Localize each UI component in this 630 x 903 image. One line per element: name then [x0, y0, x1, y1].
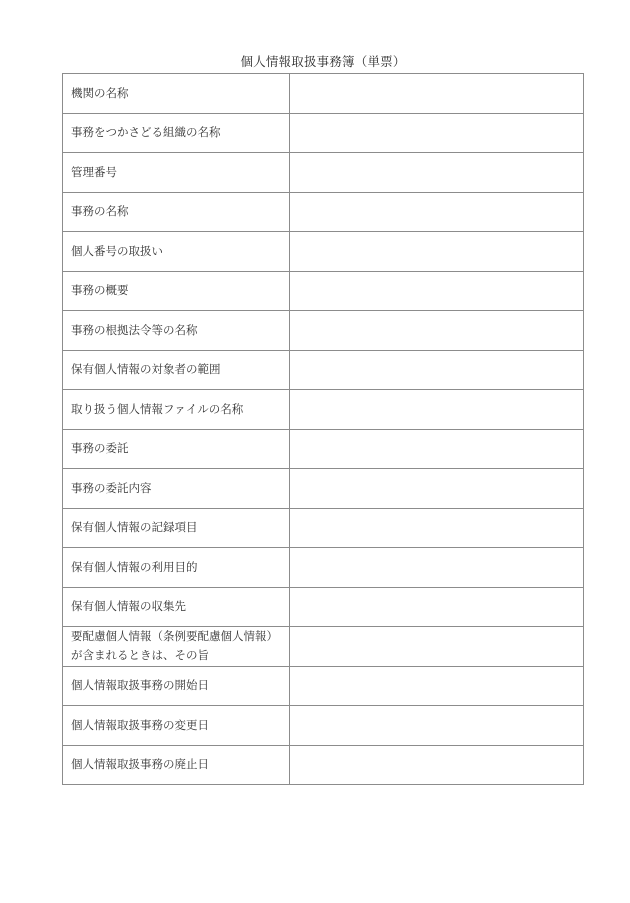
table-row: 事務の根拠法令等の名称: [63, 311, 584, 351]
row-label-organization-name: 事務をつかさどる組織の名称: [63, 113, 290, 153]
row-label-outsourcing-details: 事務の委託内容: [63, 469, 290, 509]
table-row: 個人情報取扱事務の開始日: [63, 666, 584, 706]
row-label-collection-source: 保有個人情報の収集先: [63, 587, 290, 627]
table-row: 管理番号: [63, 153, 584, 193]
table-row: 取り扱う個人情報ファイルの名称: [63, 390, 584, 430]
table-row: 事務をつかさどる組織の名称: [63, 113, 584, 153]
table-row: 個人情報取扱事務の変更日: [63, 706, 584, 746]
row-label-end-date: 個人情報取扱事務の廃止日: [63, 745, 290, 785]
register-form-table: 機関の名称 事務をつかさどる組織の名称 管理番号 事務の名称 個人番号の取扱い …: [62, 73, 584, 785]
row-label-task-overview: 事務の概要: [63, 271, 290, 311]
table-row: 事務の委託: [63, 429, 584, 469]
table-row: 保有個人情報の対象者の範囲: [63, 350, 584, 390]
row-label-file-name: 取り扱う個人情報ファイルの名称: [63, 390, 290, 430]
row-value-subject-scope[interactable]: [290, 350, 584, 390]
row-value-end-date[interactable]: [290, 745, 584, 785]
row-value-my-number-handling[interactable]: [290, 232, 584, 272]
row-value-record-items[interactable]: [290, 508, 584, 548]
row-value-start-date[interactable]: [290, 666, 584, 706]
row-value-change-date[interactable]: [290, 706, 584, 746]
row-value-legal-basis[interactable]: [290, 311, 584, 351]
row-value-agency-name[interactable]: [290, 74, 584, 114]
table-row: 保有個人情報の利用目的: [63, 548, 584, 588]
row-label-change-date: 個人情報取扱事務の変更日: [63, 706, 290, 746]
table-row: 事務の概要: [63, 271, 584, 311]
row-value-outsourcing-details[interactable]: [290, 469, 584, 509]
row-label-start-date: 個人情報取扱事務の開始日: [63, 666, 290, 706]
row-value-task-overview[interactable]: [290, 271, 584, 311]
row-label-sensitive-info: 要配慮個人情報（条例要配慮個人情報） が含まれるときは、その旨: [63, 627, 290, 667]
table-row: 事務の委託内容: [63, 469, 584, 509]
document-title: 個人情報取扱事務簿（単票）: [0, 52, 630, 70]
table-row: 要配慮個人情報（条例要配慮個人情報） が含まれるときは、その旨: [63, 627, 584, 667]
row-label-agency-name: 機関の名称: [63, 74, 290, 114]
table-row: 事務の名称: [63, 192, 584, 232]
row-label-task-name: 事務の名称: [63, 192, 290, 232]
table-row: 保有個人情報の収集先: [63, 587, 584, 627]
row-value-organization-name[interactable]: [290, 113, 584, 153]
row-value-task-name[interactable]: [290, 192, 584, 232]
row-value-management-number[interactable]: [290, 153, 584, 193]
table-row: 個人番号の取扱い: [63, 232, 584, 272]
row-label-record-items: 保有個人情報の記録項目: [63, 508, 290, 548]
row-value-collection-source[interactable]: [290, 587, 584, 627]
row-label-management-number: 管理番号: [63, 153, 290, 193]
row-value-sensitive-info[interactable]: [290, 627, 584, 667]
row-label-legal-basis: 事務の根拠法令等の名称: [63, 311, 290, 351]
table-row: 保有個人情報の記録項目: [63, 508, 584, 548]
row-value-outsourcing[interactable]: [290, 429, 584, 469]
row-value-file-name[interactable]: [290, 390, 584, 430]
row-label-purpose-of-use: 保有個人情報の利用目的: [63, 548, 290, 588]
row-value-purpose-of-use[interactable]: [290, 548, 584, 588]
table-row: 機関の名称: [63, 74, 584, 114]
row-label-outsourcing: 事務の委託: [63, 429, 290, 469]
table-row: 個人情報取扱事務の廃止日: [63, 745, 584, 785]
row-label-subject-scope: 保有個人情報の対象者の範囲: [63, 350, 290, 390]
row-label-my-number-handling: 個人番号の取扱い: [63, 232, 290, 272]
